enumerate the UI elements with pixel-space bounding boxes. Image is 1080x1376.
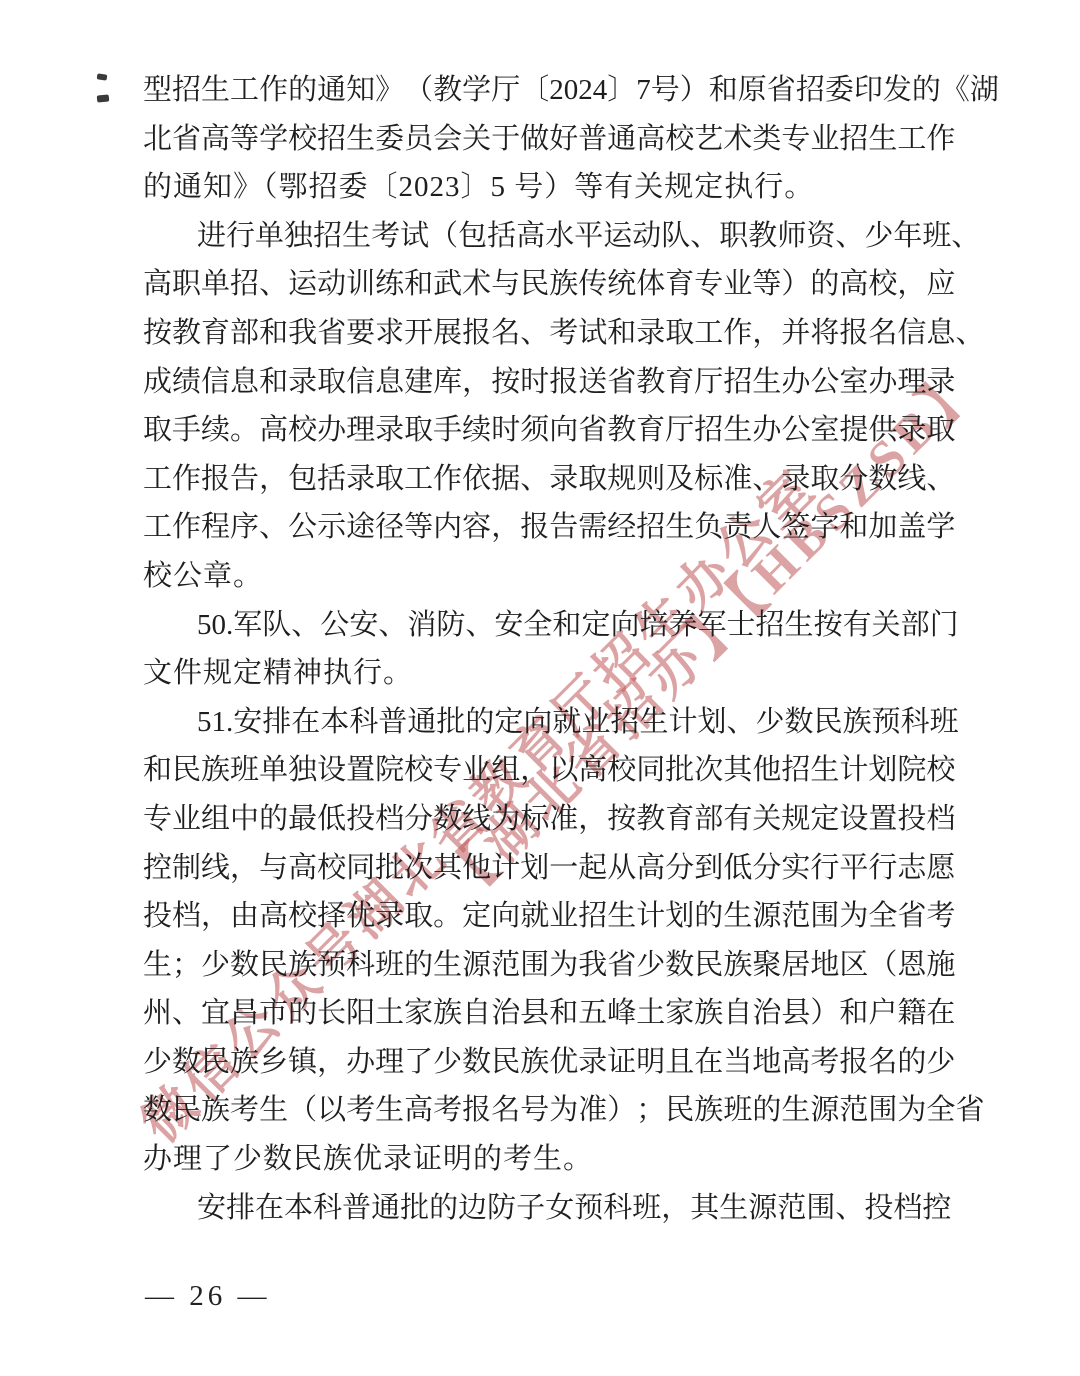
body-line: 办理了少数民族优录证明的考生。 bbox=[143, 1135, 949, 1184]
document-body: 型招生工作的通知》（教学厅〔2024〕7 号）和原省招委印发的《湖北省高等学校招… bbox=[143, 66, 949, 1232]
body-line: 型招生工作的通知》（教学厅〔2024〕7 号）和原省招委印发的《湖 bbox=[143, 66, 949, 115]
body-line: 51.安排在本科普通批的定向就业招生计划、少数民族预科班 bbox=[143, 698, 949, 747]
body-line: 按教育部和我省要求开展报名、考试和录取工作，并将报名信息、 bbox=[143, 309, 949, 358]
body-line: 文件规定精神执行。 bbox=[143, 649, 949, 698]
body-line: 州、宜昌市的长阳土家族自治县和五峰土家族自治县）和户籍在 bbox=[143, 989, 949, 1038]
body-line: 成绩信息和录取信息建库，按时报送省教育厅招生办公室办理录 bbox=[143, 358, 949, 407]
scan-artifact bbox=[97, 94, 110, 102]
body-line: 工作程序、公示途径等内容，报告需经招生负责人签字和加盖学 bbox=[143, 503, 949, 552]
body-line: 北省高等学校招生委员会关于做好普通高校艺术类专业招生工作 bbox=[143, 115, 949, 164]
body-line: 校公章。 bbox=[143, 552, 949, 601]
body-line: 的通知》（鄂招委〔2023〕5 号）等有关规定执行。 bbox=[143, 163, 949, 212]
body-line: 和民族班单独设置院校专业组，以高校同批次其他招生计划院校 bbox=[143, 746, 949, 795]
scan-artifact bbox=[97, 73, 108, 80]
body-line: 控制线，与高校同批次其他计划一起从高分到低分实行平行志愿 bbox=[143, 844, 949, 893]
body-line: 投档，由高校择优录取。定向就业招生计划的生源范围为全省考 bbox=[143, 892, 949, 941]
body-line: 安排在本科普通批的边防子女预科班，其生源范围、投档控 bbox=[143, 1184, 949, 1233]
body-line: 50.军队、公安、消防、安全和定向培养军士招生按有关部门 bbox=[143, 601, 949, 650]
document-page: 微信公众号湖北省教育厅招生办公室【湖北省招办】【HBSZSB】 型招生工作的通知… bbox=[0, 0, 1080, 1376]
body-line: 专业组中的最低投档分数线为标准，按教育部有关规定设置投档 bbox=[143, 795, 949, 844]
page-number: — 26 — bbox=[145, 1280, 271, 1313]
body-line: 高职单招、运动训练和武术与民族传统体育专业等）的高校，应 bbox=[143, 260, 949, 309]
body-line: 少数民族乡镇，办理了少数民族优录证明且在当地高考报名的少 bbox=[143, 1038, 949, 1087]
body-line: 数民族考生（以考生高考报名号为准）；民族班的生源范围为全省 bbox=[143, 1086, 949, 1135]
body-line: 生；少数民族预科班的生源范围为我省少数民族聚居地区（恩施 bbox=[143, 941, 949, 990]
body-line: 工作报告，包括录取工作依据、录取规则及标准、录取分数线、 bbox=[143, 455, 949, 504]
body-line: 进行单独招生考试（包括高水平运动队、职教师资、少年班、 bbox=[143, 212, 949, 261]
body-line: 取手续。高校办理录取手续时须向省教育厅招生办公室提供录取 bbox=[143, 406, 949, 455]
